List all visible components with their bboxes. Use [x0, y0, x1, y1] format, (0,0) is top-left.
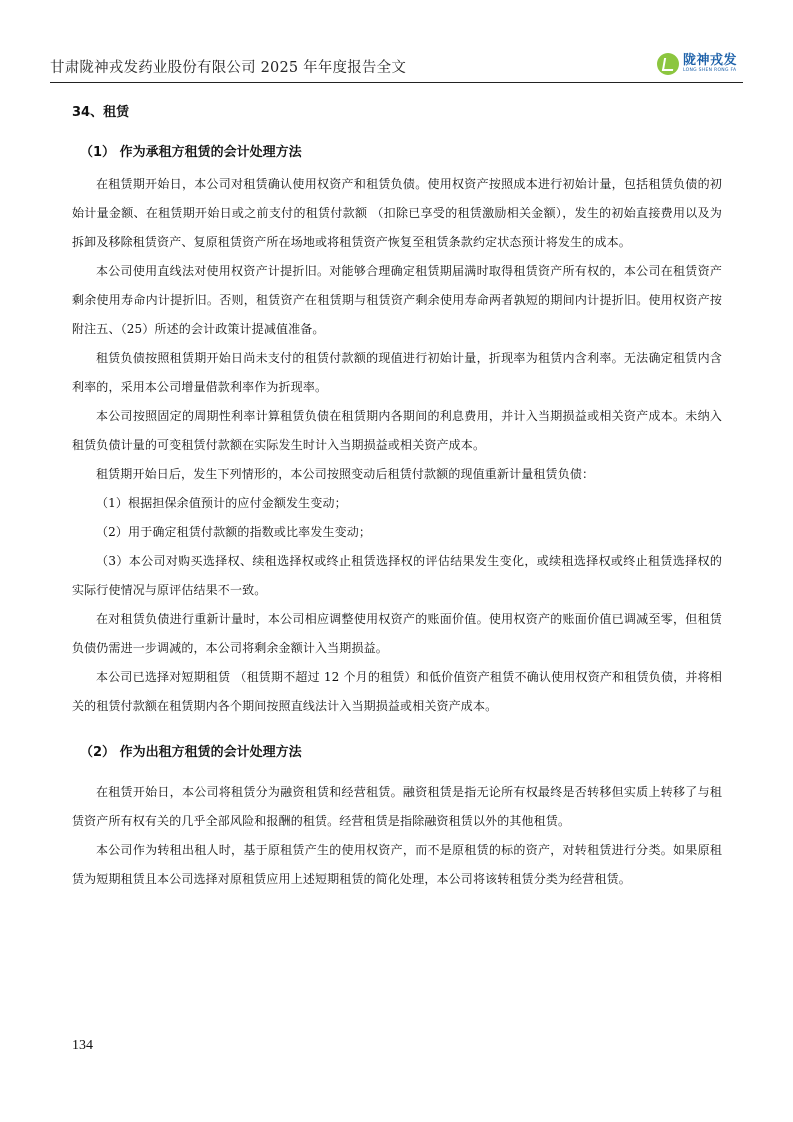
- page-header: 甘肃陇神戎发药业股份有限公司 2025 年年度报告全文 陇神戎发 LONG SH…: [50, 48, 743, 83]
- lessee-section: 在租赁期开始日，本公司对租赁确认使用权资产和租赁负债。使用权资产按照成本进行初始…: [72, 170, 722, 721]
- report-title: 甘肃陇神戎发药业股份有限公司 2025 年年度报告全文: [50, 56, 406, 77]
- logo-name-cn: 陇神戎发: [683, 54, 737, 67]
- paragraph: 本公司作为转租出租人时，基于原租赁产生的使用权资产，而不是原租赁的标的资产，对转…: [72, 836, 722, 894]
- lessor-heading: （2） 作为出租方租赁的会计处理方法: [80, 741, 722, 760]
- list-item: （2）用于确定租赁付款额的指数或比率发生变动；: [72, 518, 722, 547]
- page-number: 134: [72, 1038, 93, 1054]
- paragraph: 租赁负债按照租赁期开始日尚未支付的租赁付款额的现值进行初始计量，折现率为租赁内含…: [72, 344, 722, 402]
- paragraph: 本公司按照固定的周期性利率计算租赁负债在租赁期内各期间的利息费用，并计入当期损益…: [72, 402, 722, 460]
- paragraph: 本公司使用直线法对使用权资产计提折旧。对能够合理确定租赁期届满时取得租赁资产所有…: [72, 257, 722, 344]
- paragraph: 在对租赁负债进行重新计量时，本公司相应调整使用权资产的账面价值。使用权资产的账面…: [72, 605, 722, 663]
- lessor-section: 在租赁开始日，本公司将租赁分为融资租赁和经营租赁。融资租赁是指无论所有权最终是否…: [72, 778, 722, 894]
- logo-text: 陇神戎发 LONG SHEN RONG FA: [683, 54, 737, 74]
- logo-name-en: LONG SHEN RONG FA: [683, 69, 737, 74]
- paragraph: 在租赁期开始日，本公司对租赁确认使用权资产和租赁负债。使用权资产按照成本进行初始…: [72, 170, 722, 257]
- document-body: 34、租赁 （1） 作为承租方租赁的会计处理方法 在租赁期开始日，本公司对租赁确…: [72, 95, 722, 894]
- list-item: （3）本公司对购买选择权、续租选择权或终止租赁选择权的评估结果发生变化，或续租选…: [72, 547, 722, 605]
- list-item: （1）根据担保余值预计的应付金额发生变动；: [72, 489, 722, 518]
- company-logo-icon: [657, 53, 679, 75]
- lessee-heading: （1） 作为承租方租赁的会计处理方法: [80, 141, 722, 160]
- company-logo: 陇神戎发 LONG SHEN RONG FA: [657, 51, 737, 77]
- paragraph: 本公司已选择对短期租赁 （租赁期不超过 12 个月的租赁）和低价值资产租赁不确认…: [72, 663, 722, 721]
- paragraph: 在租赁开始日，本公司将租赁分为融资租赁和经营租赁。融资租赁是指无论所有权最终是否…: [72, 778, 722, 836]
- section-title: 34、租赁: [72, 101, 722, 120]
- paragraph: 租赁期开始日后，发生下列情形的，本公司按照变动后租赁付款额的现值重新计量租赁负债…: [72, 460, 722, 489]
